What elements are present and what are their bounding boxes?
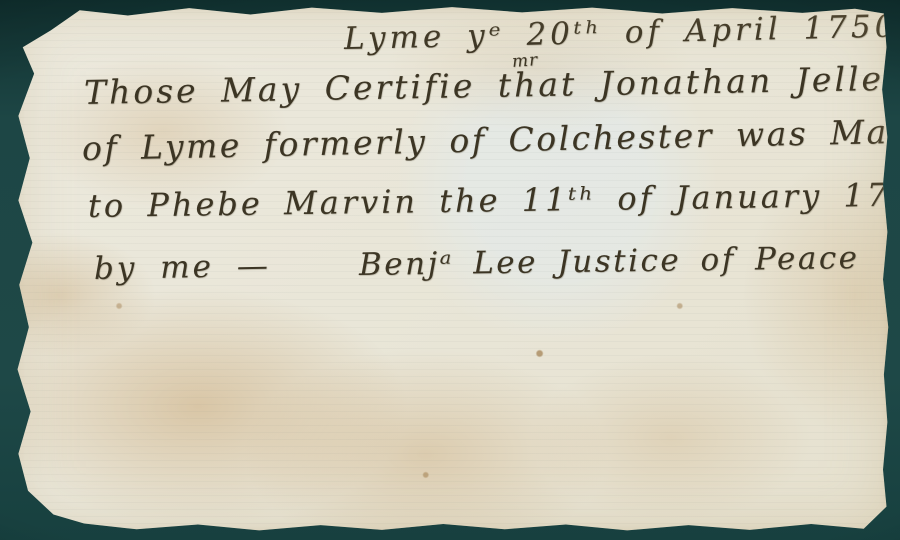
dateline: Lyme yᵉ 20ᵗʰ of April 1750 xyxy=(344,8,899,57)
photograph-background: Lyme yᵉ 20ᵗʰ of April 1750 mr Those May … xyxy=(0,0,900,540)
signature: Benjᵃ Lee Justice of Peace xyxy=(359,240,860,283)
certify-line: Those May Certifie that Jonathan Jellet xyxy=(84,59,900,112)
byline: by me — xyxy=(94,248,271,287)
residence-line: of Lyme formerly of Colchester was Marri… xyxy=(82,110,900,168)
marriage-date-line: to Phebe Marvin the 11ᵗʰ of January 1748 xyxy=(88,175,900,225)
certificate-paper: Lyme yᵉ 20ᵗʰ of April 1750 mr Those May … xyxy=(14,5,890,533)
